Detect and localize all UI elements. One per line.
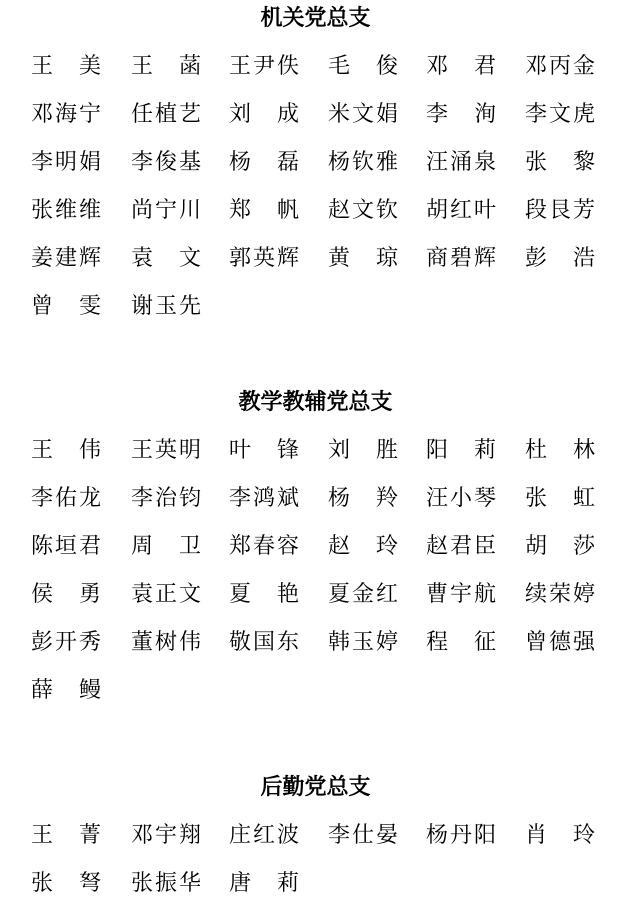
member-name: 叶锋 xyxy=(228,436,300,466)
name-row: 张维维尚宁川郑帆赵文钦胡红叶段艮芳 xyxy=(30,196,630,226)
member-name: 袁文 xyxy=(130,244,202,274)
member-name: 赵玲 xyxy=(327,532,399,562)
member-name: 李文虎 xyxy=(524,100,596,130)
member-name: 姜建辉 xyxy=(30,244,102,274)
member-name: 夏艳 xyxy=(228,580,300,610)
member-name: 任植艺 xyxy=(130,100,202,130)
member-name: 彭浩 xyxy=(524,244,596,274)
member-name: 曾德强 xyxy=(524,628,596,658)
member-name: 米文娟 xyxy=(327,100,399,130)
name-row: 王美王菡王尹佚毛俊邓君邓丙金 xyxy=(30,52,630,82)
member-name: 刘成 xyxy=(228,100,300,130)
member-name: 毛俊 xyxy=(327,52,399,82)
member-name: 汪小琴 xyxy=(425,484,497,514)
member-name: 段艮芳 xyxy=(524,196,596,226)
member-name: 黄琼 xyxy=(327,244,399,274)
member-name: 薛鳗 xyxy=(30,676,102,706)
member-name: 董树伟 xyxy=(130,628,202,658)
member-name: 邓君 xyxy=(425,52,497,82)
name-row: 李佑龙李治钧李鸿斌杨羚汪小琴张虹 xyxy=(30,484,630,514)
member-name: 张维维 xyxy=(30,196,102,226)
member-name: 曹宇航 xyxy=(425,580,497,610)
member-name: 敬国东 xyxy=(228,628,300,658)
name-row: 曾雯谢玉先 xyxy=(30,292,630,322)
member-name: 王菁 xyxy=(30,821,102,851)
member-name: 阳莉 xyxy=(425,436,497,466)
member-name: 王英明 xyxy=(130,436,202,466)
member-name: 尚宁川 xyxy=(130,196,202,226)
section-heading: 后勤党总支 xyxy=(0,773,631,801)
member-name: 杨羚 xyxy=(327,484,399,514)
member-name: 胡莎 xyxy=(524,532,596,562)
member-name: 李佑龙 xyxy=(30,484,102,514)
member-name: 唐莉 xyxy=(228,869,300,899)
member-name: 杨磊 xyxy=(228,148,300,178)
member-name: 夏金红 xyxy=(327,580,399,610)
member-name: 李治钧 xyxy=(130,484,202,514)
name-row: 邓海宁任植艺刘成米文娟李洵李文虎 xyxy=(30,100,630,130)
member-name: 邓海宁 xyxy=(30,100,102,130)
member-name: 张振华 xyxy=(130,869,202,899)
member-name: 王伟 xyxy=(30,436,102,466)
member-name: 庄红波 xyxy=(228,821,300,851)
member-name: 王菡 xyxy=(130,52,202,82)
member-name: 程征 xyxy=(425,628,497,658)
member-name: 商碧辉 xyxy=(425,244,497,274)
member-name: 汪涌泉 xyxy=(425,148,497,178)
member-name: 李洵 xyxy=(425,100,497,130)
member-name: 侯勇 xyxy=(30,580,102,610)
member-name: 赵君臣 xyxy=(425,532,497,562)
member-name: 李俊基 xyxy=(130,148,202,178)
member-name: 杨丹阳 xyxy=(425,821,497,851)
member-name: 周卫 xyxy=(130,532,202,562)
member-name: 谢玉先 xyxy=(130,292,202,322)
name-row: 薛鳗 xyxy=(30,676,630,706)
member-name: 胡红叶 xyxy=(425,196,497,226)
member-name: 李仕晏 xyxy=(327,821,399,851)
member-name: 邓宇翔 xyxy=(130,821,202,851)
member-name: 张黎 xyxy=(524,148,596,178)
member-name: 韩玉婷 xyxy=(327,628,399,658)
name-row: 姜建辉袁文郭英辉黄琼商碧辉彭浩 xyxy=(30,244,630,274)
name-row: 李明娟李俊基杨磊杨钦雅汪涌泉张黎 xyxy=(30,148,630,178)
member-name: 李鸿斌 xyxy=(228,484,300,514)
member-name: 刘胜 xyxy=(327,436,399,466)
name-row: 王伟王英明叶锋刘胜阳莉杜林 xyxy=(30,436,630,466)
name-row: 彭开秀董树伟敬国东韩玉婷程征曾德强 xyxy=(30,628,630,658)
member-name: 李明娟 xyxy=(30,148,102,178)
member-name: 王美 xyxy=(30,52,102,82)
name-row: 侯勇袁正文夏艳夏金红曹宇航续荣婷 xyxy=(30,580,630,610)
member-name: 王尹佚 xyxy=(228,52,300,82)
member-name: 彭开秀 xyxy=(30,628,102,658)
member-name: 肖玲 xyxy=(524,821,596,851)
name-row: 陈垣君周卫郑春容赵玲赵君臣胡莎 xyxy=(30,532,630,562)
member-name: 曾雯 xyxy=(30,292,102,322)
name-row: 王菁邓宇翔庄红波李仕晏杨丹阳肖玲 xyxy=(30,821,630,851)
member-name: 郑帆 xyxy=(228,196,300,226)
member-name: 袁正文 xyxy=(130,580,202,610)
name-row: 张弩张振华唐莉 xyxy=(30,869,630,899)
member-name: 陈垣君 xyxy=(30,532,102,562)
member-name: 邓丙金 xyxy=(524,52,596,82)
member-name: 郑春容 xyxy=(228,532,300,562)
member-name: 杨钦雅 xyxy=(327,148,399,178)
member-name: 郭英辉 xyxy=(228,244,300,274)
member-name: 续荣婷 xyxy=(524,580,596,610)
member-name: 赵文钦 xyxy=(327,196,399,226)
member-name: 杜林 xyxy=(524,436,596,466)
section-heading: 机关党总支 xyxy=(0,4,631,32)
member-name: 张虹 xyxy=(524,484,596,514)
section-heading: 教学教辅党总支 xyxy=(0,388,631,416)
member-name: 张弩 xyxy=(30,869,102,899)
